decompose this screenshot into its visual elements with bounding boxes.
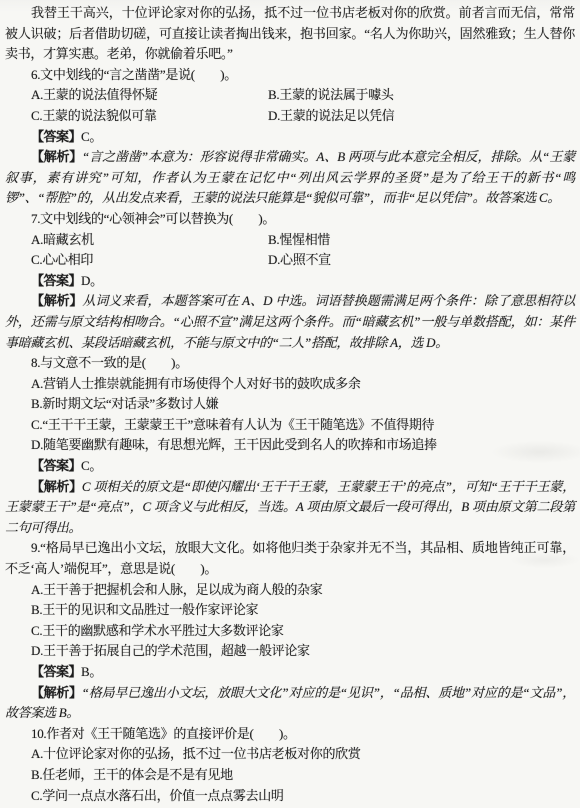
question-9-option-b: B.王干的见识和文品胜过一般作家评论家 (5, 600, 575, 621)
question-9-analysis-text: “格局早已逸出小文坛，放眼大文化”对应的是“见识”，“品相、质地”对应的是“文品… (5, 685, 575, 721)
question-9-answer-value: B。 (81, 664, 102, 679)
answer-label: 【答案】 (31, 458, 81, 473)
question-6-option-d: D.王蒙的说法足以凭信 (268, 106, 575, 127)
question-7-analysis-text: 从词义来看，本题答案可在 A、D 中选。词语替换题需满足两个条件：除了意思相符以… (5, 293, 575, 349)
question-10-stem: 10.作者对《王干随笔选》的直接评价是( )。 (5, 724, 575, 745)
question-6-analysis-line: 【解析】“言之凿凿”本意为：形容说得非常确实。A、B 两项与此本意完全相反，排除… (5, 147, 575, 209)
question-9-option-d: D.王干善于拓展自己的学术范围，超越一般评论家 (5, 641, 575, 662)
analysis-label: 【解析】 (31, 293, 82, 308)
question-7-answer-value: D。 (81, 273, 103, 288)
question-6-options-row-1: A.王蒙的说法值得怀疑 B.王蒙的说法属于噱头 (5, 85, 575, 106)
question-9-stem: 9.“格局早已逸出小文坛，放眼大文化。如将他归类于杂家并无不当，其品相、质地皆纯… (5, 538, 575, 579)
question-6-options-row-2: C.王蒙的说法貌似可靠 D.王蒙的说法足以凭信 (5, 106, 575, 127)
question-6-option-c: C.王蒙的说法貌似可靠 (31, 106, 268, 127)
intro-paragraph: 我替王干高兴，十位评论家对你的弘扬，抵不过一位书店老板对你的欣赏。前者言而无信，… (5, 3, 575, 65)
question-7-options-row-1: A.暗藏玄机 B.惺惺相惜 (5, 230, 575, 251)
question-7-option-a: A.暗藏玄机 (31, 230, 268, 251)
question-7-options-row-2: C.心心相印 D.心照不宣 (5, 250, 575, 271)
answer-label: 【答案】 (31, 129, 81, 144)
question-6-answer-line: 【答案】C。 (5, 127, 575, 148)
question-8-stem: 8.与文意不一致的是( )。 (5, 353, 575, 374)
question-8-analysis-text: C 项相关的原文是“即使闪耀出‘王干干王蒙，王蒙蒙王干’的亮点”，可知“王干干王… (5, 479, 575, 535)
question-10-option-a: A.十位评论家对你的弘扬，抵不过一位书店老板对你的欣赏 (5, 744, 575, 765)
question-6-option-a: A.王蒙的说法值得怀疑 (31, 85, 268, 106)
question-9-answer-line: 【答案】B。 (5, 662, 575, 683)
question-6-option-b: B.王蒙的说法属于噱头 (268, 85, 575, 106)
scanned-exam-page: 我替王干高兴，十位评论家对你的弘扬，抵不过一位书店老板对你的欣赏。前者言而无信，… (0, 0, 580, 808)
question-9-analysis-line: 【解析】“格局早已逸出小文坛，放眼大文化”对应的是“见识”，“品相、质地”对应的… (5, 683, 575, 724)
question-6-answer-value: C。 (81, 129, 102, 144)
question-7-answer-line: 【答案】D。 (5, 271, 575, 292)
question-8-answer-value: C。 (81, 458, 102, 473)
analysis-label: 【解析】 (31, 685, 82, 700)
answer-label: 【答案】 (31, 273, 81, 288)
question-9-option-a: A.王干善于把握机会和人脉，足以成为商人般的杂家 (5, 580, 575, 601)
question-8-answer-line: 【答案】C。 (5, 456, 575, 477)
question-6-analysis-text: “言之凿凿”本意为：形容说得非常确实。A、B 两项与此本意完全相反，排除。从“王… (5, 149, 575, 205)
question-7-option-b: B.惺惺相惜 (268, 230, 575, 251)
analysis-label: 【解析】 (31, 149, 82, 164)
question-7-analysis-line: 【解析】从词义来看，本题答案可在 A、D 中选。词语替换题需满足两个条件：除了意… (5, 291, 575, 353)
question-7-stem: 7.文中划线的“心领神会”可以替换为( )。 (5, 209, 575, 230)
analysis-label: 【解析】 (31, 479, 82, 494)
question-10-option-b: B.任老师，王干的体会是不是有见地 (5, 765, 575, 786)
question-8-analysis-line: 【解析】C 项相关的原文是“即使闪耀出‘王干干王蒙，王蒙蒙王干’的亮点”，可知“… (5, 477, 575, 539)
question-8-option-c: C.“王干干王蒙，王蒙蒙王干”意味着有人认为《王干随笔选》不值得期待 (5, 415, 575, 436)
question-9-option-c: C.王干的幽默感和学术水平胜过大多数评论家 (5, 621, 575, 642)
question-6-stem: 6.文中划线的“言之凿凿”是说( )。 (5, 65, 575, 86)
question-8-option-d: D.随笔要幽默有趣味，有思想光辉，王干因此受到名人的吹捧和市场追捧 (5, 435, 575, 456)
question-7-option-c: C.心心相印 (31, 250, 268, 271)
question-8-option-b: B.新时期文坛“对话录”多数讨人嫌 (5, 394, 575, 415)
question-10-option-c: C.学问一点点水落石出，价值一点点雾去山明 (5, 786, 575, 807)
question-7-option-d: D.心照不宣 (268, 250, 575, 271)
question-8-option-a: A.营销人士推崇就能拥有市场使得个人对好书的鼓吹成多余 (5, 374, 575, 395)
answer-label: 【答案】 (31, 664, 81, 679)
